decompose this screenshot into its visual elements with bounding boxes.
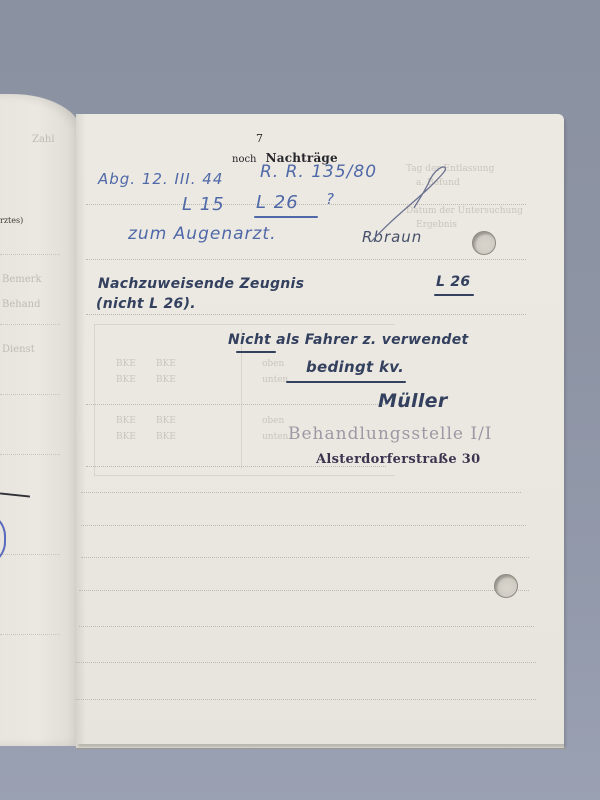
writing-line (79, 626, 534, 627)
handwritten-fitness-status: bedingt kv. (306, 358, 404, 376)
table-cell: BKE (116, 359, 136, 369)
writing-line (79, 590, 529, 591)
document-photo: Zahl rztes) Bemerk Behand Dienst 7 noch … (0, 0, 600, 800)
left-rule (0, 324, 60, 325)
booklet-page-edges (76, 744, 566, 749)
handwritten-date: Abg. 12. III. 44 (98, 170, 223, 188)
writing-line (81, 492, 521, 493)
ink-underline (236, 351, 276, 353)
left-page: Zahl rztes) Bemerk Behand Dienst (0, 94, 82, 746)
table-cell: unten (262, 375, 288, 385)
left-faint-label: Dienst (2, 344, 35, 355)
stamp-address: Alsterdorferstraße 30 (316, 452, 480, 467)
right-page: 7 noch Nachträge Tag der Entlassung a. B… (76, 114, 564, 744)
page-number: 7 (256, 132, 263, 145)
table-cell: oben (262, 416, 284, 426)
handwritten-referral: zum Augenarzt. (128, 224, 277, 244)
table-cell: BKE (156, 375, 176, 385)
table-cell: BKE (116, 432, 136, 442)
stamp-office-name: Behandlungsstelle I/I (288, 424, 493, 444)
table-cell: BKE (156, 359, 176, 369)
left-pencil-circle (0, 512, 6, 566)
header-prefix: noch (232, 154, 257, 165)
writing-line (86, 259, 526, 260)
handwritten-reference: R. R. 135/80 (260, 162, 377, 182)
table-cell: unten (262, 432, 288, 442)
table-cell: BKE (116, 375, 136, 385)
pencil-underline (254, 216, 318, 218)
writing-line (76, 662, 536, 663)
writing-line (81, 525, 526, 526)
handwritten-vision-left: L 15 (182, 194, 225, 215)
handwritten-certificate-note: Nachzuweisende Zeugnis (98, 276, 304, 292)
pencil-flourish (366, 164, 456, 244)
left-rule (0, 634, 60, 635)
left-partial-text: rztes) (0, 216, 23, 225)
ink-underline (434, 294, 474, 296)
handwritten-vision-right: L 26 (256, 192, 299, 213)
writing-line (86, 204, 526, 205)
writing-line (81, 557, 529, 558)
handwritten-parenthetical: (nicht L 26). (96, 296, 196, 312)
left-rule (0, 394, 60, 395)
punch-hole (494, 574, 518, 598)
left-rule (0, 454, 60, 455)
left-faint-label: Behand (2, 299, 41, 310)
writing-line (76, 699, 536, 700)
table-cell: oben (262, 359, 284, 369)
handwritten-driver-note: Nicht als Fahrer z. verwendet (228, 332, 469, 348)
writing-line (86, 404, 386, 405)
left-rule (0, 554, 60, 555)
table-cell: BKE (116, 416, 136, 426)
table-cell: BKE (156, 416, 176, 426)
handwritten-signature: Müller (378, 390, 448, 412)
left-faint-label: Zahl (32, 134, 55, 145)
left-ink-stroke (0, 492, 30, 497)
form-box-divider (241, 329, 242, 469)
writing-line (86, 314, 526, 315)
punch-hole (472, 231, 496, 255)
ink-underline (286, 381, 406, 383)
left-rule (0, 254, 60, 255)
handwritten-certificate-ref: L 26 (436, 274, 470, 290)
table-cell: BKE (156, 432, 176, 442)
handwritten-question-mark: ? (326, 190, 335, 208)
left-faint-label: Bemerk (2, 274, 42, 285)
